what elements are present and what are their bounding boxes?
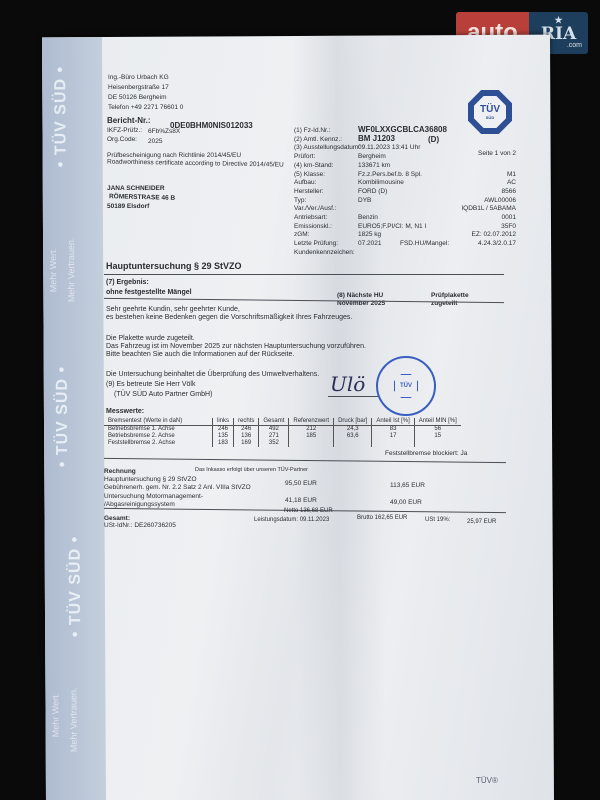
vehicle-field-label: Antriebsart: bbox=[294, 214, 327, 222]
invoice-item-net: 41,18 EUR bbox=[285, 497, 317, 505]
vehicle-field-value: 1825 kg bbox=[358, 231, 381, 239]
vehicle-field-label: Var./Ver./Ausf.: bbox=[294, 205, 337, 213]
table-cell: 63,6 bbox=[334, 433, 372, 440]
table-cell: 352 bbox=[259, 440, 289, 447]
brutto-total: Brutto 162,65 EUR bbox=[357, 514, 407, 522]
table-cell: 135 bbox=[213, 433, 234, 440]
table-cell: 17 bbox=[372, 433, 414, 440]
vehicle-field-value: EURO5;F.PI/CI: M, N1 I bbox=[358, 223, 426, 231]
divider bbox=[104, 274, 504, 275]
vehicle-field-value: 09.11.2023 13:41 Uhr bbox=[358, 144, 420, 152]
kfz-label: IKFZ-Prüfz.: bbox=[107, 127, 142, 135]
collection-note: Das Inkasso erfolgt über unseren TÜV-Par… bbox=[195, 466, 308, 474]
letter-line-3: Die Plakette wurde zugeteilt. bbox=[106, 335, 195, 343]
vehicle-field-code: EZ: 02.07.2012 bbox=[472, 231, 516, 239]
column-header: Referenzwert bbox=[289, 418, 334, 426]
vehicle-field-label: Prüfort: bbox=[294, 153, 315, 161]
table-cell: Betriebsbremse 2. Achse bbox=[104, 433, 213, 440]
column-header: Anteil MIN [%] bbox=[414, 418, 461, 426]
tuv-logo: TÜVSÜD bbox=[468, 90, 512, 134]
strip-label: • TÜV SÜD • bbox=[52, 66, 71, 167]
table-cell: 24,3 bbox=[334, 426, 372, 434]
vat-label: USt 19%: bbox=[425, 516, 450, 524]
issuer-phone: Telefon +49 2271 76601 0 bbox=[108, 104, 183, 112]
table-row: Betriebsbremse 2. Achse13513627118563,61… bbox=[104, 433, 461, 440]
vehicle-field-label: Emissionskl.: bbox=[294, 223, 332, 231]
vehicle-field-value: Benzin bbox=[358, 214, 378, 222]
vehicle-field-value: Fz.z.Pers.bef.b. 8 Spl. bbox=[358, 171, 422, 179]
letter-line-5: Bitte beachten Sie auch die Informatione… bbox=[106, 351, 294, 359]
vehicle-field-value: 07.2021 bbox=[358, 240, 382, 248]
table-cell: 15 bbox=[414, 433, 461, 440]
inspection-stamp: TÜV bbox=[376, 356, 436, 416]
table-cell bbox=[334, 440, 372, 447]
vehicle-field-value: BM J1203 bbox=[358, 135, 395, 143]
logo-domain: .com bbox=[567, 42, 582, 49]
vehicle-field-code: 0001 bbox=[502, 214, 516, 222]
inspector: (9) Es betreute Sie Herr Völk bbox=[106, 381, 195, 389]
vehicle-field-value: Kombilimousine bbox=[358, 179, 404, 187]
vehicle-field-label: (3) Ausstellungsdatum: bbox=[294, 144, 360, 152]
table-cell: 246 bbox=[213, 426, 234, 434]
invoice-item-desc-2: Gebührenerh. gem. Nr. 2.2 Satz 2 Anl. VI… bbox=[104, 484, 251, 492]
result-value: ohne festgestellte Mängel bbox=[106, 289, 192, 297]
strip-slogan-2: Mehr Vertrauen. bbox=[65, 238, 77, 303]
vat-amount: 25,97 EUR bbox=[467, 518, 496, 526]
signature-line bbox=[328, 396, 380, 397]
vehicle-field-label: Typ: bbox=[294, 197, 306, 205]
vehicle-field-label: Letzte Prüfung: bbox=[294, 240, 338, 248]
invoice-item-desc: Hauptuntersuchung § 29 StVZO bbox=[104, 476, 197, 484]
tuv-side-strip: • TÜV SÜD • Mehr Wert. Mehr Vertrauen. •… bbox=[42, 37, 106, 800]
vehicle-field-label: Aufbau: bbox=[294, 179, 316, 187]
strip-slogan-3: Mehr Wert. bbox=[49, 693, 61, 737]
vehicle-field-label: (2) Amtl. Kennz.: bbox=[294, 136, 342, 144]
invoice-item-net: 95,50 EUR bbox=[285, 480, 317, 488]
result-label: (7) Ergebnis: bbox=[106, 279, 149, 287]
vehicle-field-value: 133671 km bbox=[358, 162, 390, 170]
vehicle-field-value: WF0LXXGCBLCA36808 bbox=[358, 126, 447, 134]
org-label: Org.Code: bbox=[107, 136, 137, 144]
customer-city: 50189 Elsdorf bbox=[107, 203, 149, 211]
vehicle-field-value: DYB bbox=[358, 197, 371, 205]
vehicle-field-label: zGM: bbox=[294, 231, 310, 239]
strip-slogan-4: Mehr Vertrauen. bbox=[67, 688, 79, 753]
table-cell: 492 bbox=[259, 426, 289, 434]
issuer-name: Ing.-Büro Urbach KG bbox=[108, 74, 169, 82]
letter-line-2: es bestehen keine Bedenken gegen die Vor… bbox=[106, 314, 352, 322]
table-cell: 83 bbox=[372, 426, 414, 434]
inspection-title: Hauptuntersuchung § 29 StVZO bbox=[106, 262, 242, 270]
table-row: Betriebsbremse 1. Achse24624649221224,38… bbox=[104, 426, 461, 434]
customer-name: JANA SCHNEIDER bbox=[107, 185, 165, 193]
table-cell: 212 bbox=[289, 426, 334, 434]
table-header-row: Bremsentest (Werte in daN)linksrechtsGes… bbox=[104, 418, 461, 426]
invoice-item-gross: 113,65 EUR bbox=[390, 482, 425, 490]
table-cell: 246 bbox=[234, 426, 259, 434]
vehicle-field-code: (D) bbox=[428, 136, 439, 144]
org-value: 2025 bbox=[148, 138, 162, 146]
vehicle-field-label: (5) Klasse: bbox=[294, 171, 325, 179]
vehicle-field-code: 4.24.3/2.0.17 bbox=[478, 240, 516, 248]
table-cell: 271 bbox=[259, 433, 289, 440]
table-row: Feststellbremse 2. Achse183169352 bbox=[104, 440, 461, 447]
table-cell: 183 bbox=[213, 440, 234, 447]
vehicle-field-code: IQDB1L / 5ABAMA bbox=[461, 205, 516, 213]
service-date: Leistungsdatum: 09.11.2023 bbox=[254, 516, 329, 524]
plate-label: Prüfplakette bbox=[431, 292, 469, 300]
table-cell: 56 bbox=[414, 426, 461, 434]
customer-street: RÖMERSTRASE 46 B bbox=[109, 193, 175, 203]
vehicle-field-code: AC bbox=[507, 179, 516, 187]
letter-line-1: Sehr geehrte Kundin, sehr geehrter Kunde… bbox=[106, 306, 240, 314]
env-note: Die Untersuchung beinhaltet die Überprüf… bbox=[106, 371, 319, 379]
report-number-label: Bericht-Nr.: bbox=[107, 117, 151, 125]
vehicle-field-value: FORD (D) bbox=[358, 188, 387, 196]
vehicle-field-label: Hersteller: bbox=[294, 188, 324, 196]
parking-brake-note: Feststellbremse blockiert: Ja bbox=[385, 450, 467, 458]
table-cell bbox=[372, 440, 414, 447]
vat-id: USt-IdNr.: DE260736205 bbox=[104, 522, 176, 530]
signature: Ulö bbox=[330, 372, 365, 396]
column-header: links bbox=[213, 418, 234, 426]
table-cell: 185 bbox=[289, 433, 334, 440]
vehicle-field-code: 8566 bbox=[502, 188, 516, 196]
strip-label-3: • TÜV SÜD • bbox=[67, 536, 86, 637]
column-header: rechts bbox=[234, 418, 259, 426]
column-header: Bremsentest (Werte in daN) bbox=[104, 418, 213, 426]
vehicle-field-code: 35F0 bbox=[501, 223, 516, 231]
tuv-footer-mark: TÜV® bbox=[476, 777, 498, 785]
inspector-company: (TÜV SÜD Auto Partner GmbH) bbox=[114, 391, 212, 399]
vehicle-field-extra-label: FSD.HU/Mangel: bbox=[400, 240, 449, 248]
strip-label-2: • TÜV SÜD • bbox=[54, 366, 73, 467]
table-cell bbox=[289, 440, 334, 447]
vehicle-field-label: Kundenkennzeichen: bbox=[294, 249, 355, 257]
brake-measurements-table: Bremsentest (Werte in daN)linksrechtsGes… bbox=[104, 418, 461, 447]
vehicle-field-code: M1 bbox=[507, 171, 516, 179]
table-cell: Feststellbremse 2. Achse bbox=[104, 440, 213, 447]
table-cell: Betriebsbremse 1. Achse bbox=[104, 426, 213, 434]
invoice-title: Rechnung bbox=[104, 468, 136, 476]
measurements-title: Messwerte: bbox=[106, 408, 144, 416]
invoice-item-gross: 49,00 EUR bbox=[390, 499, 422, 507]
table-cell bbox=[414, 440, 461, 447]
column-header: Gesamt bbox=[259, 418, 289, 426]
next-hu-label: (8) Nächste HU bbox=[337, 292, 383, 300]
column-header: Druck [bar] bbox=[334, 418, 372, 426]
issuer-city: DE 50126 Bergheim bbox=[108, 94, 167, 102]
kfz-value: 6Fb%Zs8X bbox=[148, 128, 180, 136]
netto-total: Netto 136,68 EUR bbox=[284, 507, 333, 515]
column-header: Anteil Ist [%] bbox=[372, 418, 414, 426]
vehicle-field-code: AWL00006 bbox=[484, 197, 516, 205]
letter-line-4: Das Fahrzeug ist im November 2025 zur nä… bbox=[106, 343, 366, 351]
strip-slogan-1: Mehr Wert. bbox=[47, 248, 59, 292]
vehicle-field-value: Bergheim bbox=[358, 153, 386, 161]
issuer-street: Heisenbergstraße 17 bbox=[108, 84, 169, 92]
invoice-item-desc: Untersuchung Motormanagement- bbox=[104, 493, 203, 501]
vehicle-field-label: (1) Fz-Id.Nr.: bbox=[294, 127, 330, 135]
table-cell: 169 bbox=[234, 440, 259, 447]
vehicle-field-label: (4) km-Stand: bbox=[294, 162, 333, 170]
vehicle-field-code: Seite 1 von 2 bbox=[478, 150, 516, 158]
table-cell: 136 bbox=[234, 433, 259, 440]
report-number: 0DE0BHM0NIS012033 bbox=[170, 122, 253, 130]
